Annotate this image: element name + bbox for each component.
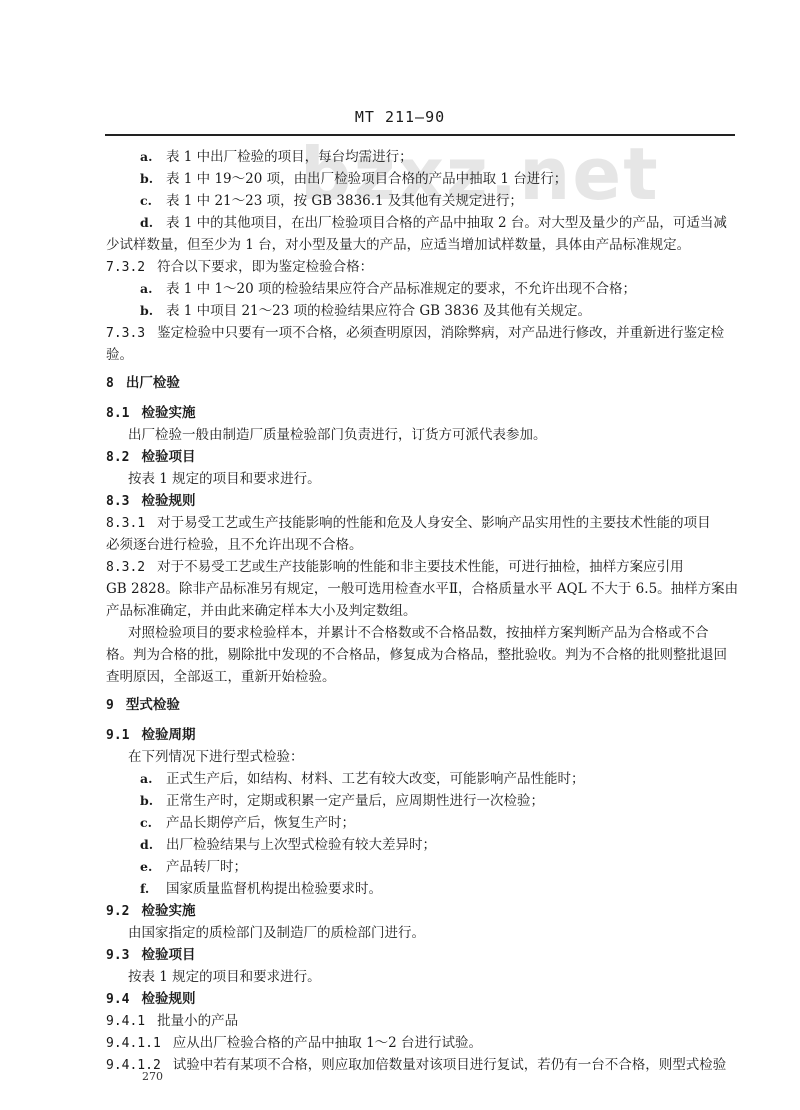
section-heading: 9型式检验: [106, 696, 180, 715]
line-text: 少试样数量，但至少为 1 台，对小型及量大的产品，应适当增加试样数量，具体由产品…: [106, 237, 690, 253]
section-heading: 9.3检验项目: [106, 946, 195, 965]
list-marker: c.: [140, 814, 166, 832]
line-text: 在下列情况下进行型式检验：: [128, 749, 304, 765]
line-text: 必须逐台进行检验，且不允许出现不合格。: [106, 537, 363, 553]
clause-number: 8.3.1: [106, 516, 145, 531]
paragraph-line: 必须逐台进行检验，且不允许出现不合格。: [106, 536, 363, 554]
list-marker: b.: [140, 792, 166, 810]
line-text: 出厂检验: [126, 375, 180, 391]
list-item: a.表 1 中出厂检验的项目，每台均需进行；: [140, 148, 413, 166]
standard-code-header: MT 211—90: [0, 108, 800, 126]
line-text: 查明原因，全部返工，重新开始检验。: [106, 669, 336, 685]
clause-number: 7.3.3: [106, 326, 145, 341]
paragraph-line: 验。: [106, 346, 133, 364]
list-marker: d.: [140, 836, 166, 854]
list-item: a.表 1 中 1～20 项的检验结果应符合产品标准规定的要求，不允许出现不合格…: [140, 280, 636, 298]
line-text: 试验中若有某项不合格，则应取加倍数量对该项目进行复试，若仍有一台不合格，则型式检…: [173, 1057, 727, 1073]
list-marker: b.: [140, 302, 166, 320]
line-text: 检验规则: [141, 493, 195, 509]
line-text: 符合以下要求，即为鉴定检验合格：: [157, 259, 373, 275]
clause-number: 9.2: [106, 904, 129, 919]
list-marker: d.: [140, 214, 166, 232]
clause-number: 7.3.2: [106, 260, 145, 275]
line-text: 表 1 中 21～23 项，按 GB 3836.1 及其他有关规定进行；: [166, 193, 523, 209]
line-text: 鉴定检验中只要有一项不合格，必须查明原因，消除弊病，对产品进行修改，并重新进行鉴…: [157, 325, 724, 341]
section-heading: 9.2检验实施: [106, 902, 195, 921]
paragraph-line: 对照检验项目的要求检验样本，并累计不合格数或不合格品数，按抽样方案判断产品为合格…: [128, 624, 709, 642]
header-rule: [105, 134, 735, 136]
clause-number: 8.3.2: [106, 560, 145, 575]
line-text: 检验实施: [141, 903, 195, 919]
list-item: c.产品长期停产后，恢复生产时；: [140, 814, 355, 832]
line-text: 按表 1 规定的项目和要求进行。: [128, 471, 321, 487]
list-item: d.表 1 中的其他项目，在出厂检验项目合格的产品中抽取 2 台。对大型及量少的…: [140, 214, 727, 232]
line-text: 表 1 中的其他项目，在出厂检验项目合格的产品中抽取 2 台。对大型及量少的产品…: [166, 215, 727, 231]
list-item: a.正式生产后，如结构、材料、工艺有较大改变，可能影响产品性能时；: [140, 770, 585, 788]
clause-number: 9.1: [106, 728, 129, 743]
line-text: 型式检验: [126, 697, 180, 713]
line-text: 检验项目: [141, 449, 195, 465]
line-text: 格。判为合格的批，剔除批中发现的不合格品，修复成为合格品，整批验收。判为不合格的…: [106, 647, 727, 663]
line-text: 检验项目: [141, 947, 195, 963]
section-heading: 9.4检验规则: [106, 990, 195, 1009]
clause-number: 8.3: [106, 494, 129, 509]
clause-number: 9.4.1.2: [106, 1058, 161, 1073]
clause-number: 9.3: [106, 948, 129, 963]
paragraph-line: 格。判为合格的批，剔除批中发现的不合格品，修复成为合格品，整批验收。判为不合格的…: [106, 646, 727, 664]
line-text: 产品标准确定，并由此来确定样本大小及判定数组。: [106, 603, 417, 619]
line-text: 应从出厂检验合格的产品中抽取 1～2 台进行试验。: [173, 1035, 482, 1051]
list-marker: f.: [140, 880, 166, 898]
list-item: b.表 1 中 19～20 项，由出厂检验项目合格的产品中抽取 1 台进行；: [140, 170, 567, 188]
line-text: 出厂检验结果与上次型式检验有较大差异时；: [166, 837, 436, 853]
clause-number: 9.4.1: [106, 1014, 145, 1029]
paragraph-line: 在下列情况下进行型式检验：: [128, 748, 304, 766]
line-text: 批量小的产品: [157, 1013, 238, 1029]
paragraph-line: 7.3.3鉴定检验中只要有一项不合格，必须查明原因，消除弊病，对产品进行修改，并…: [106, 324, 724, 343]
paragraph-line: 查明原因，全部返工，重新开始检验。: [106, 668, 336, 686]
clause-number: 9: [106, 698, 114, 713]
paragraph-line: 7.3.2符合以下要求，即为鉴定检验合格：: [106, 258, 373, 277]
paragraph-line: 少试样数量，但至少为 1 台，对小型及量大的产品，应适当增加试样数量，具体由产品…: [106, 236, 690, 254]
line-text: 表 1 中 19～20 项，由出厂检验项目合格的产品中抽取 1 台进行；: [166, 171, 567, 187]
line-text: 国家质量监督机构提出检验要求时。: [166, 881, 382, 897]
clause-number: 8.1: [106, 406, 129, 421]
section-heading: 8.2检验项目: [106, 448, 195, 467]
paragraph-line: 9.4.1.1应从出厂检验合格的产品中抽取 1～2 台进行试验。: [106, 1034, 482, 1053]
list-marker: a.: [140, 770, 166, 788]
list-marker: e.: [140, 858, 166, 876]
line-text: 验。: [106, 347, 133, 363]
line-text: 检验周期: [141, 727, 195, 743]
list-item: f.国家质量监督机构提出检验要求时。: [140, 880, 382, 898]
list-marker: a.: [140, 280, 166, 298]
list-marker: a.: [140, 148, 166, 166]
list-marker: c.: [140, 192, 166, 210]
line-text: 表 1 中 1～20 项的检验结果应符合产品标准规定的要求，不允许出现不合格；: [166, 281, 636, 297]
paragraph-line: 出厂检验一般由制造厂质量检验部门负责进行，订货方可派代表参加。: [128, 426, 547, 444]
line-text: 表 1 中项目 21～23 项的检验结果应符合 GB 3836 及其他有关规定。: [166, 303, 591, 319]
paragraph-line: 8.3.1对于易受工艺或生产技能影响的性能和危及人身安全、影响产品实用性的主要技…: [106, 514, 711, 533]
line-text: 检验规则: [141, 991, 195, 1007]
paragraph-line: 9.4.1.2试验中若有某项不合格，则应取加倍数量对该项目进行复试，若仍有一台不…: [106, 1056, 726, 1075]
clause-number: 8: [106, 376, 114, 391]
line-text: 对于不易受工艺或生产技能影响的性能和非主要技术性能，可进行抽检，抽样方案应引用: [157, 559, 684, 575]
section-heading: 8.3检验规则: [106, 492, 195, 511]
line-text: GB 2828。除非产品标准另有规定，一般可选用检查水平Ⅱ，合格质量水平 AQL…: [106, 581, 738, 597]
paragraph-line: 产品标准确定，并由此来确定样本大小及判定数组。: [106, 602, 417, 620]
paragraph-line: 按表 1 规定的项目和要求进行。: [128, 470, 321, 488]
paragraph-line: 8.3.2对于不易受工艺或生产技能影响的性能和非主要技术性能，可进行抽检，抽样方…: [106, 558, 684, 577]
list-item: d.出厂检验结果与上次型式检验有较大差异时；: [140, 836, 436, 854]
line-text: 表 1 中出厂检验的项目，每台均需进行；: [166, 149, 413, 165]
list-marker: b.: [140, 170, 166, 188]
paragraph-line: 按表 1 规定的项目和要求进行。: [128, 968, 321, 986]
line-text: 按表 1 规定的项目和要求进行。: [128, 969, 321, 985]
section-heading: 8出厂检验: [106, 374, 180, 393]
section-heading: 9.1检验周期: [106, 726, 195, 745]
clause-number: 8.2: [106, 450, 129, 465]
list-item: c.表 1 中 21～23 项，按 GB 3836.1 及其他有关规定进行；: [140, 192, 523, 210]
line-text: 检验实施: [141, 405, 195, 421]
line-text: 由国家指定的质检部门及制造厂的质检部门进行。: [128, 925, 425, 941]
line-text: 产品转厂时；: [166, 859, 247, 875]
list-item: b.表 1 中项目 21～23 项的检验结果应符合 GB 3836 及其他有关规…: [140, 302, 591, 320]
section-heading: 8.1检验实施: [106, 404, 195, 423]
paragraph-line: GB 2828。除非产品标准另有规定，一般可选用检查水平Ⅱ，合格质量水平 AQL…: [106, 580, 738, 598]
clause-number: 9.4.1.1: [106, 1036, 161, 1051]
paragraph-line: 由国家指定的质检部门及制造厂的质检部门进行。: [128, 924, 425, 942]
line-text: 正常生产时，定期或积累一定产量后，应周期性进行一次检验；: [166, 793, 544, 809]
list-item: b.正常生产时，定期或积累一定产量后，应周期性进行一次检验；: [140, 792, 544, 810]
line-text: 正式生产后，如结构、材料、工艺有较大改变，可能影响产品性能时；: [166, 771, 585, 787]
line-text: 产品长期停产后，恢复生产时；: [166, 815, 355, 831]
line-text: 对于易受工艺或生产技能影响的性能和危及人身安全、影响产品实用性的主要技术性能的项…: [157, 515, 711, 531]
list-item: e.产品转厂时；: [140, 858, 247, 876]
paragraph-line: 9.4.1批量小的产品: [106, 1012, 238, 1031]
clause-number: 9.4: [106, 992, 129, 1007]
line-text: 出厂检验一般由制造厂质量检验部门负责进行，订货方可派代表参加。: [128, 427, 547, 443]
line-text: 对照检验项目的要求检验样本，并累计不合格数或不合格品数，按抽样方案判断产品为合格…: [128, 625, 709, 641]
